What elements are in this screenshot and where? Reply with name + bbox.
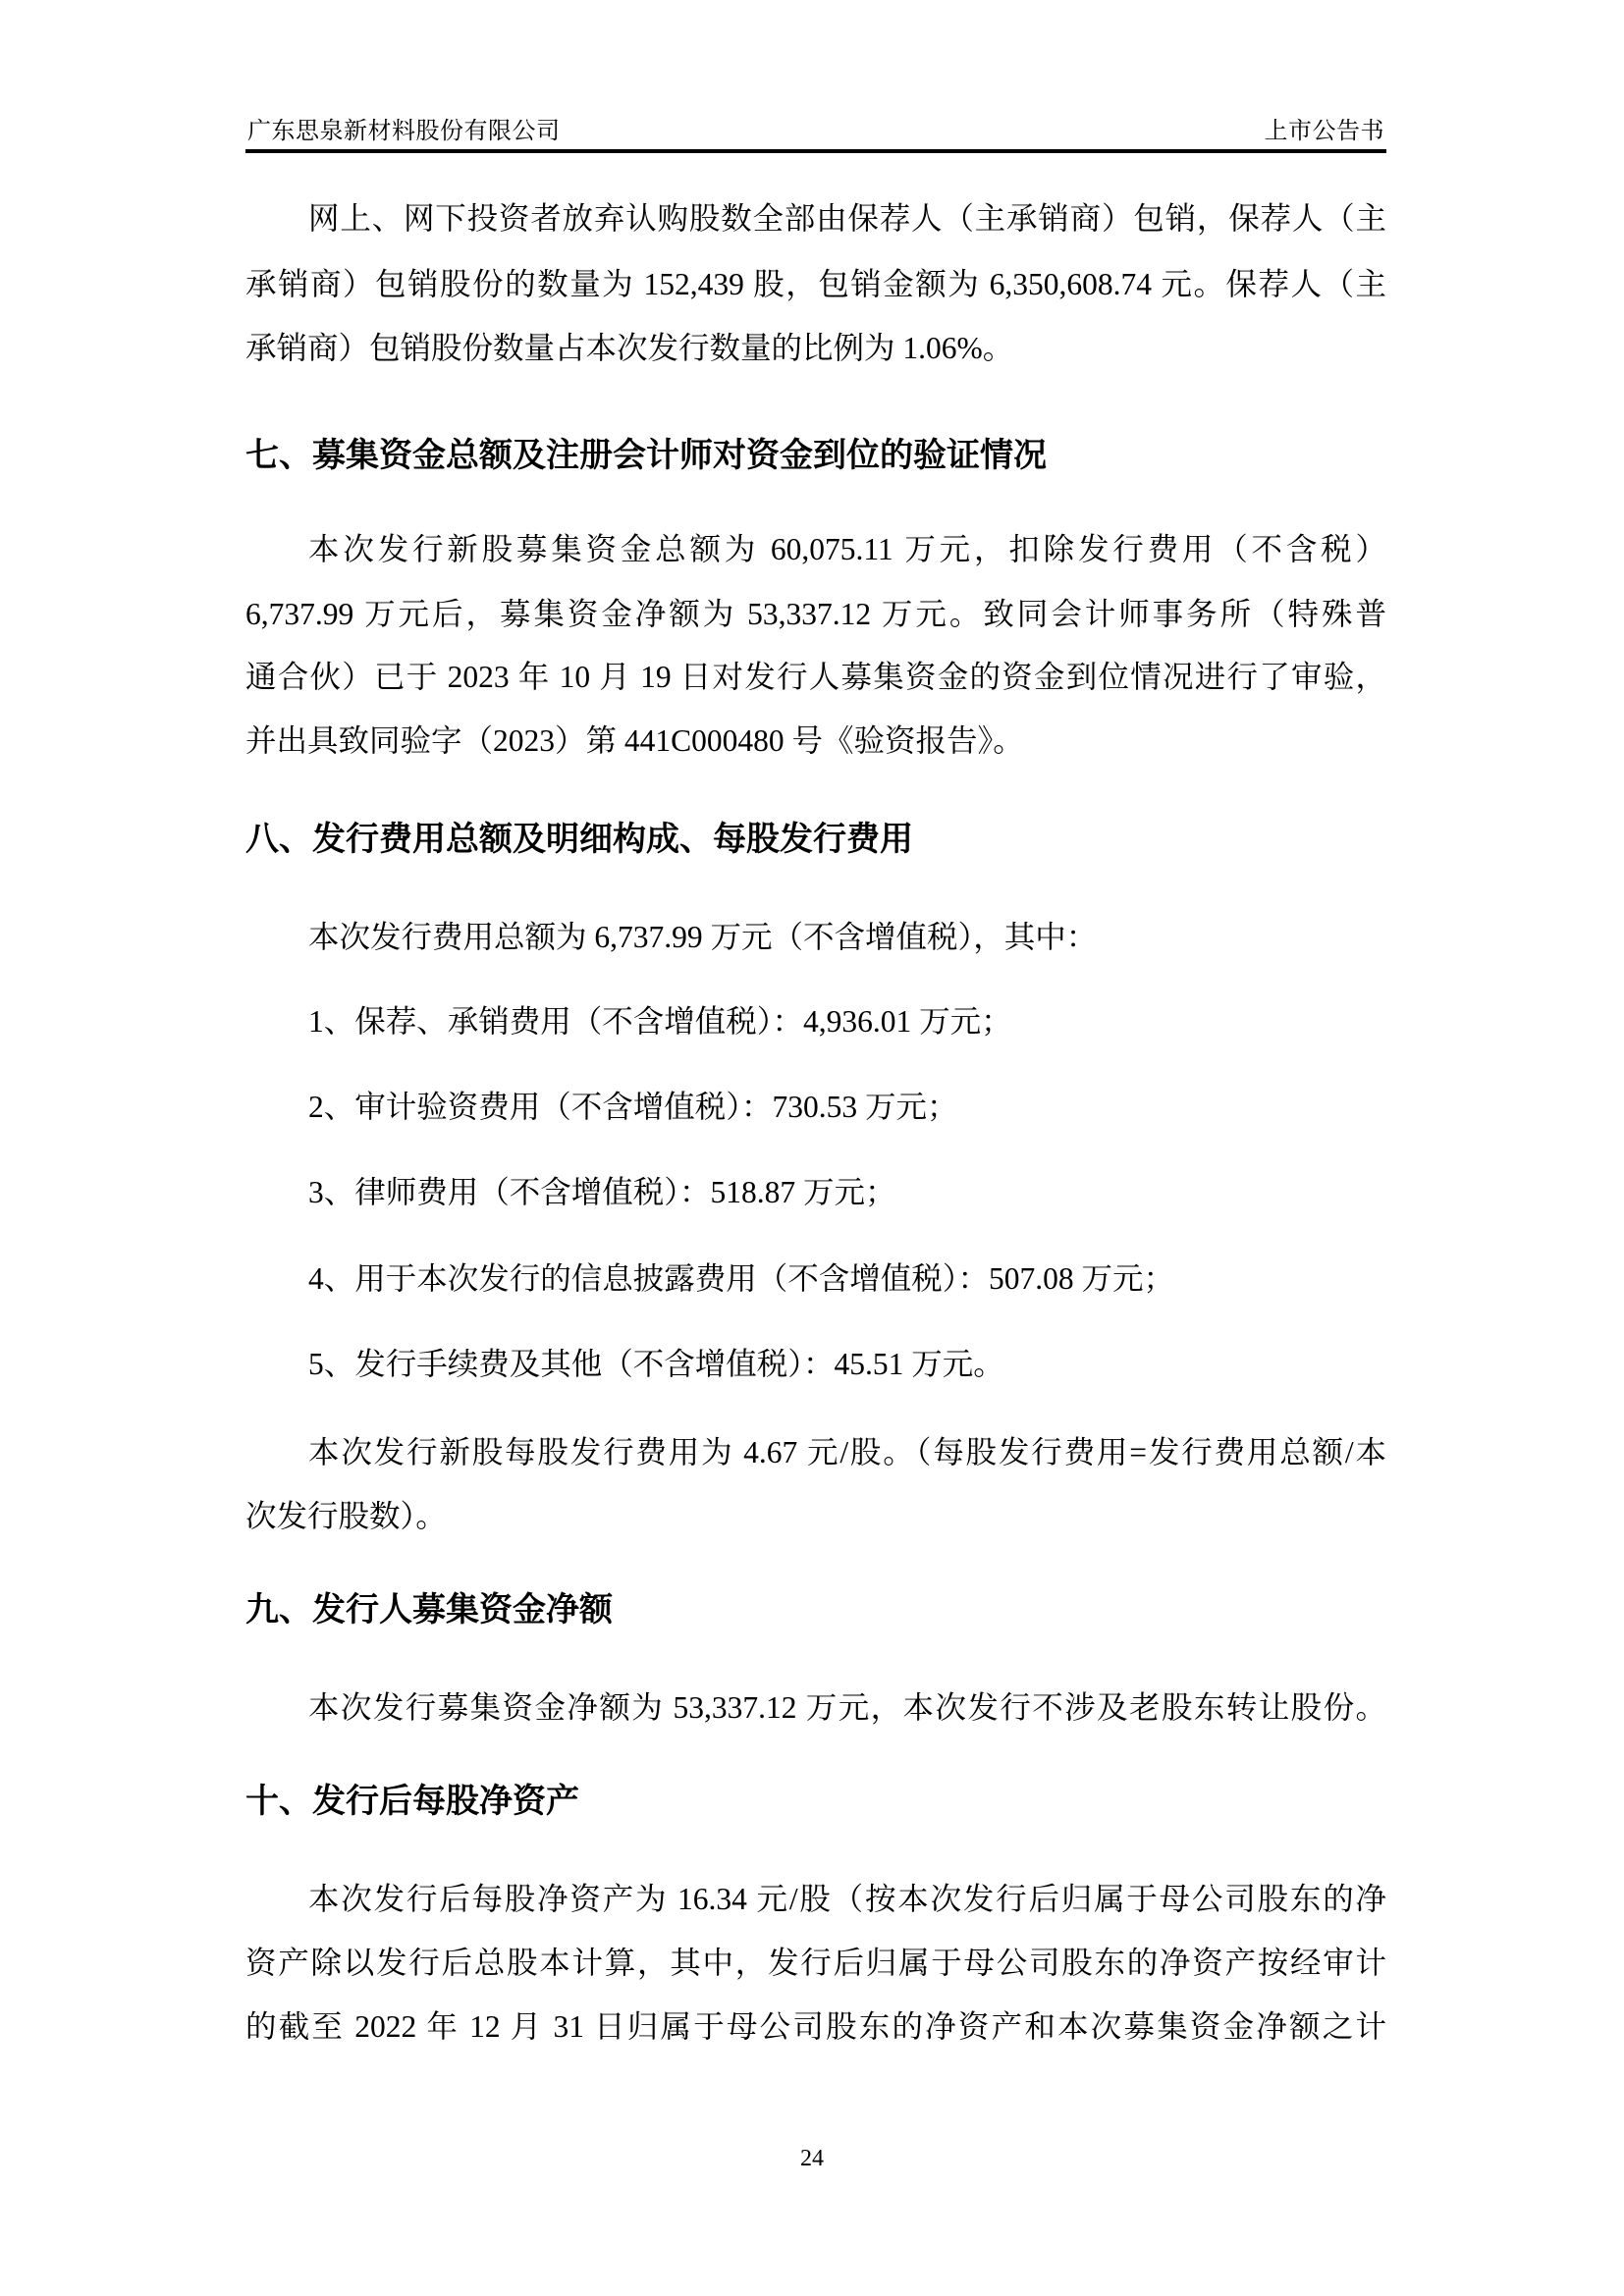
company-name: 广东思泉新材料股份有限公司 — [247, 111, 561, 145]
section-heading-10: 十、发行后每股净资产 — [245, 1780, 579, 1823]
paragraph-line: 本次发行新股每股发行费用为 4.67 元/股。（每股发行费用=发行费用总额/本 — [308, 1433, 1386, 1472]
page-number: 24 — [0, 2146, 1624, 2172]
paragraph-line: 通合伙）已于 2023 年 10 月 19 日对发行人募集资金的资金到位情况进行… — [245, 658, 1386, 697]
fee-item: 5、发行手续费及其他（不含增值税）：45.51 万元。 — [308, 1345, 1386, 1384]
paragraph-line: 本次发行新股募集资金总额为 60,075.11 万元，扣除发行费用（不含税） — [308, 530, 1386, 569]
paragraph-line: 的截至 2022 年 12 月 31 日归属于母公司股东的净资产和本次募集资金净… — [245, 2007, 1386, 2047]
paragraph-line: 资产除以发行后总股本计算，其中，发行后归属于母公司股东的净资产按经审计 — [245, 1944, 1386, 1983]
paragraph-line: 本次发行募集资金净额为 53,337.12 万元，本次发行不涉及老股东转让股份。 — [308, 1688, 1386, 1728]
paragraph-line: 并出具致同验字（2023）第 441C000480 号《验资报告》。 — [245, 721, 1386, 761]
fee-intro: 本次发行费用总额为 6,737.99 万元（不含增值税），其中： — [308, 918, 1386, 957]
fee-item: 4、用于本次发行的信息披露费用（不含增值税）：507.08 万元； — [308, 1259, 1386, 1299]
paragraph-line: 次发行股数）。 — [245, 1497, 1386, 1536]
fee-item: 3、律师费用（不含增值税）：518.87 万元； — [308, 1173, 1386, 1212]
section-heading-8: 八、发行费用总额及明细构成、每股发行费用 — [245, 818, 913, 861]
paragraph-line: 承销商）包销股份数量占本次发行数量的比例为 1.06%。 — [245, 329, 1386, 368]
fee-item: 2、审计验资费用（不含增值税）：730.53 万元； — [308, 1088, 1386, 1127]
document-type: 上市公告书 — [1265, 111, 1385, 145]
paragraph-line: 承销商）包销股份的数量为 152,439 股，包销金额为 6,350,608.7… — [245, 265, 1386, 304]
paragraph-line: 网上、网下投资者放弃认购股数全部由保荐人（主承销商）包销，保荐人（主 — [308, 199, 1386, 239]
page-header: 广东思泉新材料股份有限公司 上市公告书 — [245, 114, 1386, 153]
paragraph-line: 本次发行后每股净资产为 16.34 元/股（按本次发行后归属于母公司股东的净 — [308, 1880, 1386, 1919]
section-heading-9: 九、发行人募集资金净额 — [245, 1588, 613, 1631]
paragraph-line: 6,737.99 万元后，募集资金净额为 53,337.12 万元。致同会计师事… — [245, 595, 1386, 634]
fee-item: 1、保荐、承销费用（不含增值税）：4,936.01 万元； — [308, 1002, 1386, 1041]
section-heading-7: 七、募集资金总额及注册会计师对资金到位的验证情况 — [245, 434, 1047, 477]
